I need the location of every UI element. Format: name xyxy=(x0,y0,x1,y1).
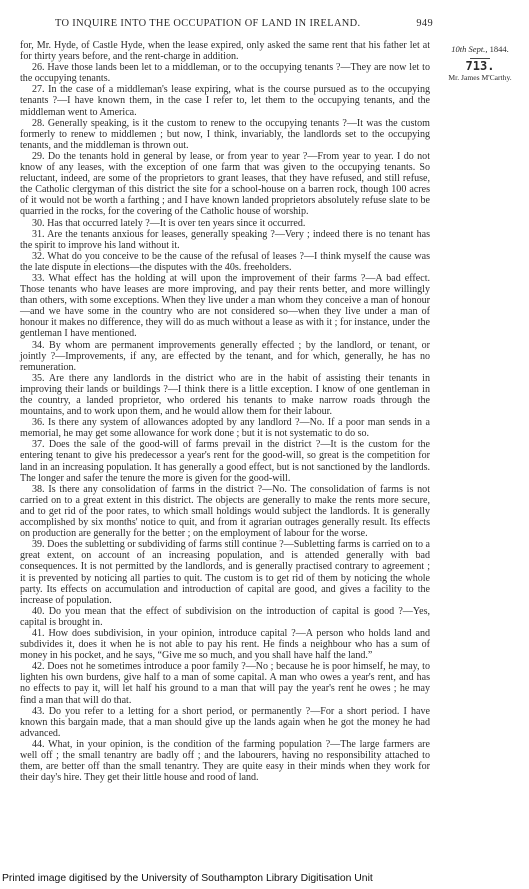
witness-name: Mr. James M'Carthy. xyxy=(434,73,526,82)
question-36: 36. Is there any system of allowances ad… xyxy=(20,417,430,439)
question-26: 26. Have those lands been let to a middl… xyxy=(20,62,430,84)
question-43: 43. Do you refer to a letting for a shor… xyxy=(20,706,430,739)
testimony-body: for, Mr. Hyde, of Castle Hyde, when the … xyxy=(20,40,430,783)
date-month: Sept. xyxy=(469,44,486,54)
question-44: 44. What, in your opinion, is the condit… xyxy=(20,739,430,783)
question-35: 35. Are there any landlords in the distr… xyxy=(20,373,430,417)
date-year: , 1844. xyxy=(485,44,508,54)
question-30: 30. Has that occurred lately ?—It is ove… xyxy=(20,218,430,229)
running-head: TO INQUIRE INTO THE OCCUPATION OF LAND I… xyxy=(55,18,433,29)
date-day: 10th xyxy=(451,44,466,54)
witness-number: 713. xyxy=(434,60,526,72)
question-32: 32. What do you conceive to be the cause… xyxy=(20,251,430,273)
margin-note: 10th Sept., 1844. 713. Mr. James M'Carth… xyxy=(434,44,526,82)
question-42: 42. Does not he sometimes introduce a po… xyxy=(20,661,430,705)
question-29: 29. Do the tenants hold in general by le… xyxy=(20,151,430,218)
question-38: 38. Is there any consolidation of farms … xyxy=(20,484,430,539)
question-41: 41. How does subdivision, in your opinio… xyxy=(20,628,430,661)
page-title: TO INQUIRE INTO THE OCCUPATION OF LAND I… xyxy=(55,18,360,29)
page-number: 949 xyxy=(416,18,433,29)
question-37: 37. Does the sale of the good-will of fa… xyxy=(20,439,430,483)
question-33: 33. What effect has the holding at will … xyxy=(20,273,430,340)
sitting-date: 10th Sept., 1844. xyxy=(434,44,526,54)
question-34: 34. By whom are permanent improvements g… xyxy=(20,340,430,373)
question-31: 31. Are the tenants anxious for leases, … xyxy=(20,229,430,251)
paragraph-continuation: for, Mr. Hyde, of Castle Hyde, when the … xyxy=(20,40,430,62)
question-28: 28. Generally speaking, is it the custom… xyxy=(20,118,430,151)
question-40: 40. Do you mean that the effect of subdi… xyxy=(20,606,430,628)
question-27: 27. In the case of a middleman's lease e… xyxy=(20,84,430,117)
question-39: 39. Does the subletting or subdividing o… xyxy=(20,539,430,606)
digitisation-credit: Printed image digitised by the Universit… xyxy=(2,873,373,884)
